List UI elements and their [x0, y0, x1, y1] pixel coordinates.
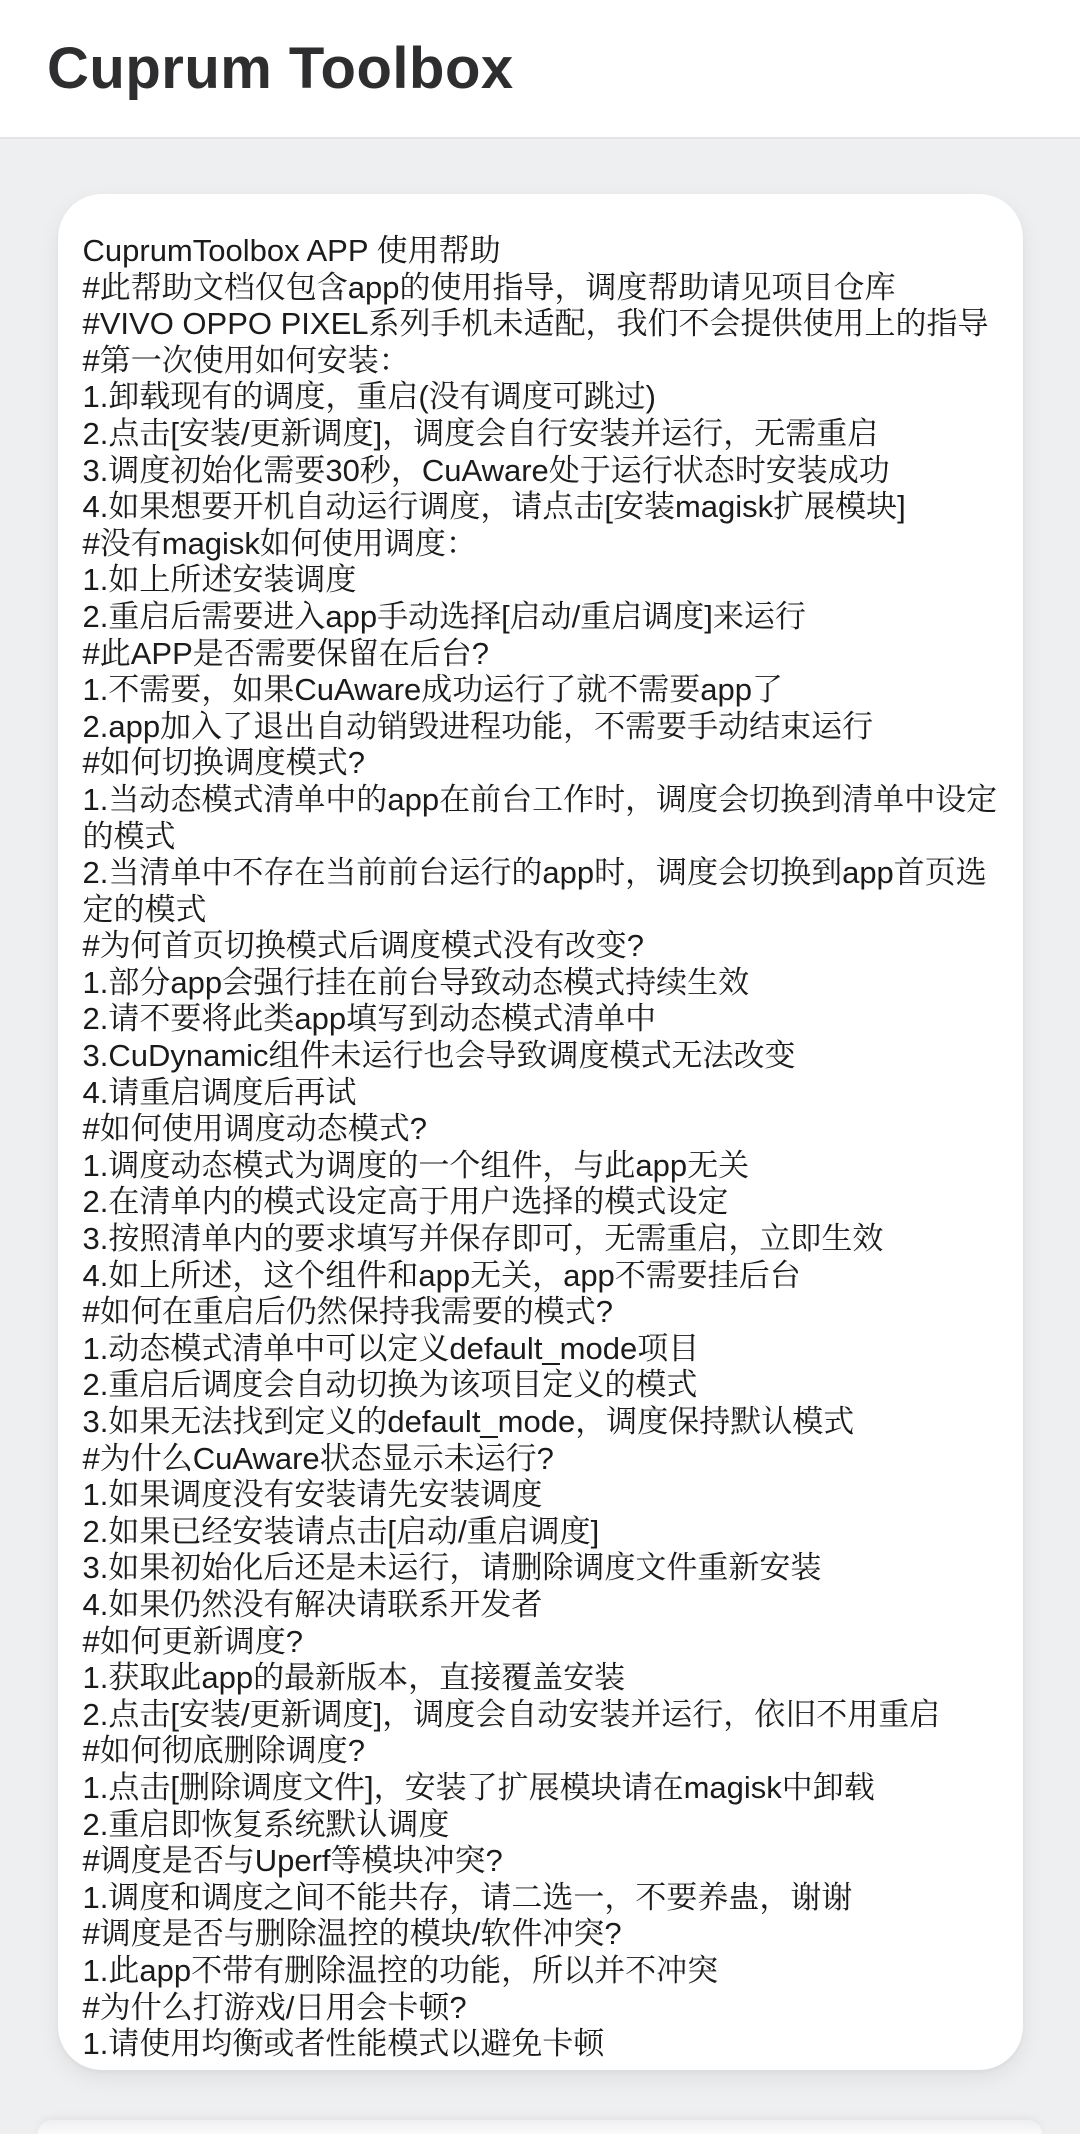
help-line: #此APP是否需要保留在后台? — [83, 636, 999, 673]
help-line: 2.app加入了退出自动销毁进程功能，不需要手动结束运行 — [83, 709, 999, 746]
page-title: Cuprum Toolbox — [47, 35, 514, 102]
help-line: 4.如果想要开机自动运行调度，请点击[安装magisk扩展模块] — [83, 489, 999, 526]
help-line: #调度是否与删除温控的模块/软件冲突? — [83, 1916, 999, 1953]
help-line: 2.如果已经安装请点击[启动/重启调度] — [83, 1514, 999, 1551]
help-line: 2.重启后需要进入app手动选择[启动/重启调度]来运行 — [83, 599, 999, 636]
help-line: 3.CuDynamic组件未运行也会导致调度模式无法改变 — [83, 1038, 999, 1075]
help-line: #如何在重启后仍然保持我需要的模式? — [83, 1294, 999, 1331]
help-line: #如何彻底删除调度? — [83, 1733, 999, 1770]
help-line: 1.点击[删除调度文件]，安装了扩展模块请在magisk中卸载 — [83, 1770, 999, 1807]
next-card-peek — [38, 2120, 1042, 2134]
help-line: 4.如果仍然没有解决请联系开发者 — [83, 1587, 999, 1624]
help-text-block: CuprumToolbox APP 使用帮助#此帮助文档仅包含app的使用指导，… — [83, 233, 999, 2063]
help-line: 1.调度动态模式为调度的一个组件，与此app无关 — [83, 1148, 999, 1185]
help-line: #此帮助文档仅包含app的使用指导，调度帮助请见项目仓库 — [83, 270, 999, 307]
help-line: 1.调度和调度之间不能共存，请二选一，不要养蛊，谢谢 — [83, 1880, 999, 1917]
help-line: #为什么CuAware状态显示未运行? — [83, 1441, 999, 1478]
help-card: CuprumToolbox APP 使用帮助#此帮助文档仅包含app的使用指导，… — [58, 194, 1023, 2070]
help-line: 1.此app不带有删除温控的功能，所以并不冲突 — [83, 1953, 999, 1990]
help-line: 1.卸载现有的调度，重启(没有调度可跳过) — [83, 379, 999, 416]
help-line: 1.获取此app的最新版本，直接覆盖安装 — [83, 1660, 999, 1697]
help-line: #为什么打游戏/日用会卡顿? — [83, 1990, 999, 2027]
help-line: 2.点击[安装/更新调度]，调度会自动安装并运行，依旧不用重启 — [83, 1697, 999, 1734]
help-line: CuprumToolbox APP 使用帮助 — [83, 233, 999, 270]
help-line: 2.重启即恢复系统默认调度 — [83, 1807, 999, 1844]
help-line: 3.调度初始化需要30秒，CuAware处于运行状态时安装成功 — [83, 453, 999, 490]
help-line: 3.如果无法找到定义的default_mode，调度保持默认模式 — [83, 1404, 999, 1441]
help-line: #第一次使用如何安装： — [83, 343, 999, 380]
app-header: Cuprum Toolbox — [0, 0, 1080, 139]
help-line: 3.如果初始化后还是未运行，请删除调度文件重新安装 — [83, 1550, 999, 1587]
help-line: 2.在清单内的模式设定高于用户选择的模式设定 — [83, 1184, 999, 1221]
help-line: 1.如上所述安装调度 — [83, 562, 999, 599]
help-line: 1.部分app会强行挂在前台导致动态模式持续生效 — [83, 965, 999, 1002]
help-line: 1.当动态模式清单中的app在前台工作时，调度会切换到清单中设定的模式 — [83, 782, 999, 855]
help-line: #VIVO OPPO PIXEL系列手机未适配，我们不会提供使用上的指导 — [83, 306, 999, 343]
help-line: #如何更新调度? — [83, 1624, 999, 1661]
help-line: 1.不需要，如果CuAware成功运行了就不需要app了 — [83, 672, 999, 709]
help-line: #为何首页切换模式后调度模式没有改变? — [83, 928, 999, 965]
help-line: 1.如果调度没有安装请先安装调度 — [83, 1477, 999, 1514]
help-line: 2.请不要将此类app填写到动态模式清单中 — [83, 1001, 999, 1038]
content-scroll-area[interactable]: CuprumToolbox APP 使用帮助#此帮助文档仅包含app的使用指导，… — [0, 139, 1080, 2134]
help-line: 2.重启后调度会自动切换为该项目定义的模式 — [83, 1367, 999, 1404]
help-line: 2.点击[安装/更新调度]，调度会自行安装并运行，无需重启 — [83, 416, 999, 453]
help-line: 2.当清单中不存在当前前台运行的app时，调度会切换到app首页选定的模式 — [83, 855, 999, 928]
help-line: #如何切换调度模式? — [83, 745, 999, 782]
help-line: #调度是否与Uperf等模块冲突? — [83, 1843, 999, 1880]
help-line: 1.请使用均衡或者性能模式以避免卡顿 — [83, 2026, 999, 2063]
help-line: 4.如上所述，这个组件和app无关，app不需要挂后台 — [83, 1258, 999, 1295]
help-line: #没有magisk如何使用调度： — [83, 526, 999, 563]
help-line: #如何使用调度动态模式? — [83, 1111, 999, 1148]
help-line: 3.按照清单内的要求填写并保存即可，无需重启，立即生效 — [83, 1221, 999, 1258]
help-line: 4.请重启调度后再试 — [83, 1075, 999, 1112]
help-line: 1.动态模式清单中可以定义default_mode项目 — [83, 1331, 999, 1368]
